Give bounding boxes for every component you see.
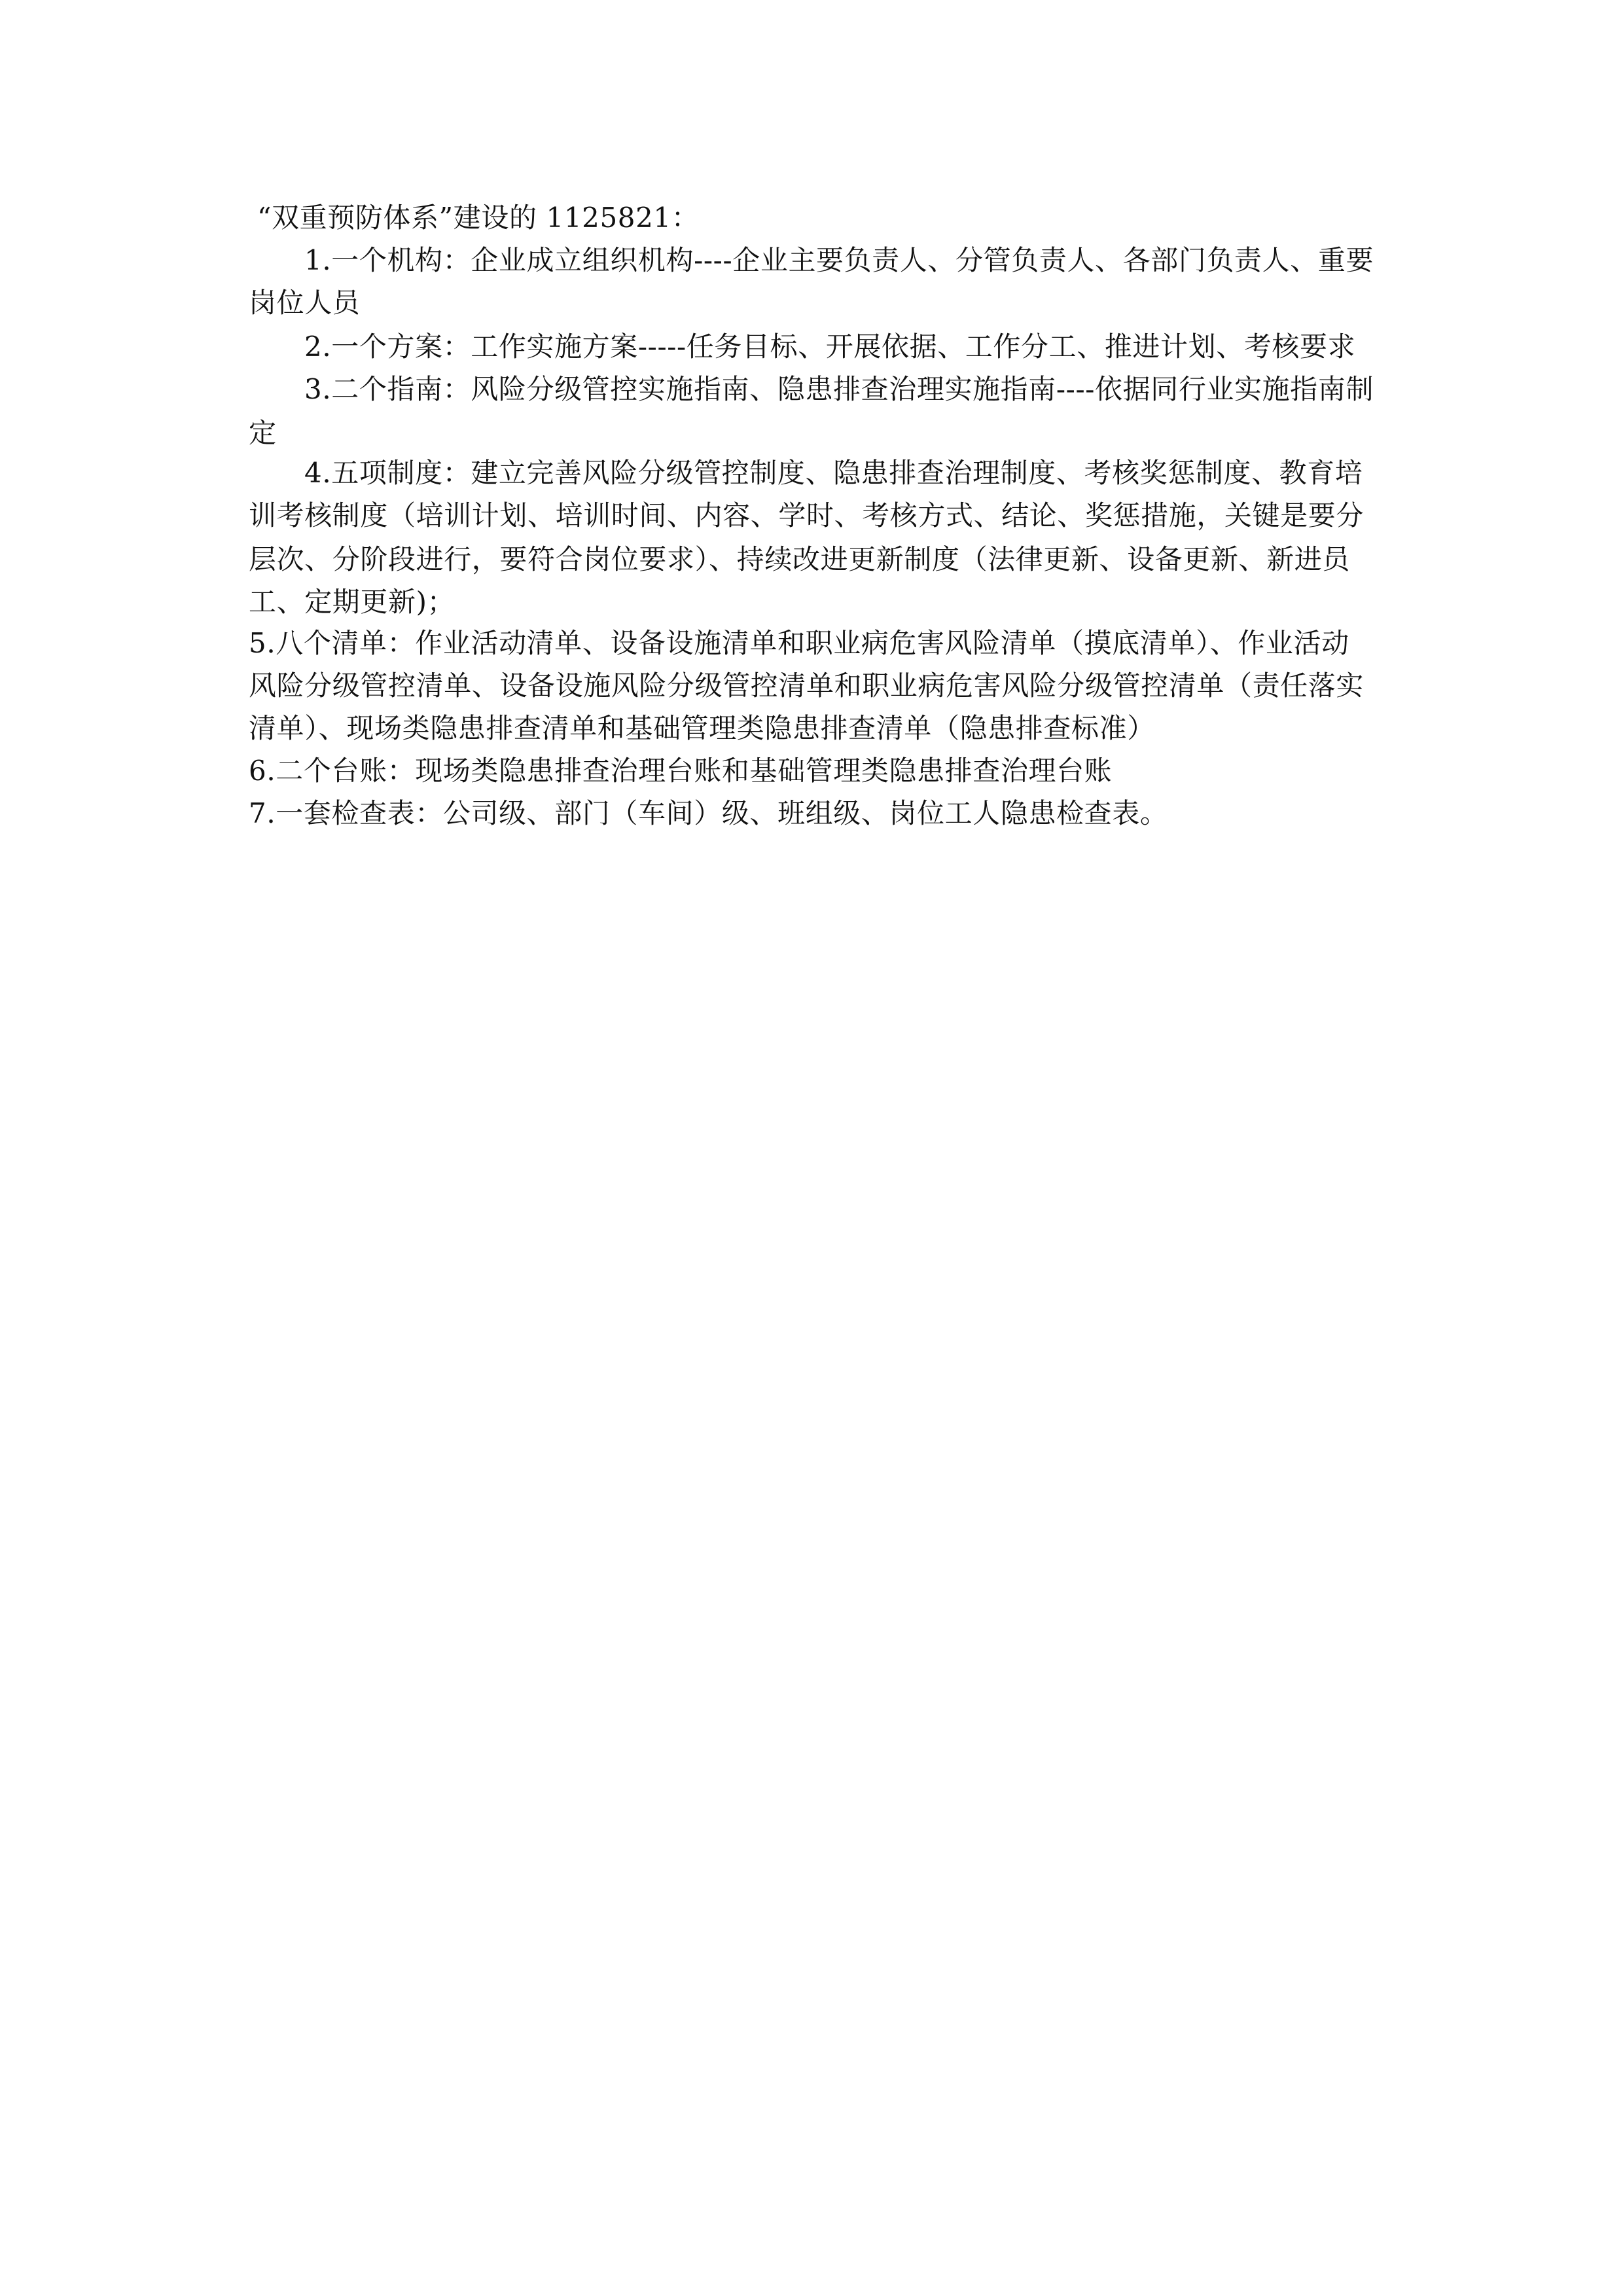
section-1-line-2: 岗位人员: [249, 287, 360, 319]
section-5-line-2: 风险分级管控清单、设备设施风险分级管控清单和职业病危害风险分级管控清单（责任落实: [249, 670, 1364, 702]
section-3-line-1: 3.二个指南：风险分级管控实施指南、隐患排查治理实施指南----依据同行业实施指…: [304, 373, 1374, 406]
section-5-line-3: 清单）、现场类隐患排查清单和基础管理类隐患排查清单（隐患排查标准）: [249, 712, 1155, 745]
section-4-line-2: 训考核制度（培训计划、培训时间、内容、学时、考核方式、结论、奖惩措施，关键是要分: [249, 499, 1364, 532]
section-6-line-1: 6.二个台账：现场类隐患排查治理台账和基础管理类隐患排查治理台账: [249, 755, 1112, 787]
section-1-line-1: 1.一个机构：企业成立组织机构----企业主要负责人、分管负责人、各部门负责人、…: [304, 244, 1374, 277]
section-2-line-1: 2.一个方案：工作实施方案-----任务目标、开展依据、工作分工、推进计划、考核…: [304, 331, 1355, 363]
section-4-line-3: 层次、分阶段进行，要符合岗位要求）、持续改进更新制度（法律更新、设备更新、新进员: [249, 543, 1350, 576]
section-5-line-1: 5.八个清单：作业活动清单、设备设施清单和职业病危害风险清单（摸底清单）、作业活…: [249, 627, 1349, 660]
section-7-line-1: 7.一套检查表：公司级、部门（车间）级、班组级、岗位工人隐患检查表。: [249, 797, 1168, 830]
section-4-line-1: 4.五项制度：建立完善风险分级管控制度、隐患排查治理制度、考核奖惩制度、教育培: [304, 457, 1363, 490]
section-3-line-2: 定: [249, 417, 277, 450]
document-title: “双重预防体系”建设的 1125821：: [257, 202, 699, 234]
document-page: “双重预防体系”建设的 1125821： 1.一个机构：企业成立组织机构----…: [0, 0, 1623, 2296]
section-4-line-4: 工、定期更新)；: [249, 586, 455, 619]
